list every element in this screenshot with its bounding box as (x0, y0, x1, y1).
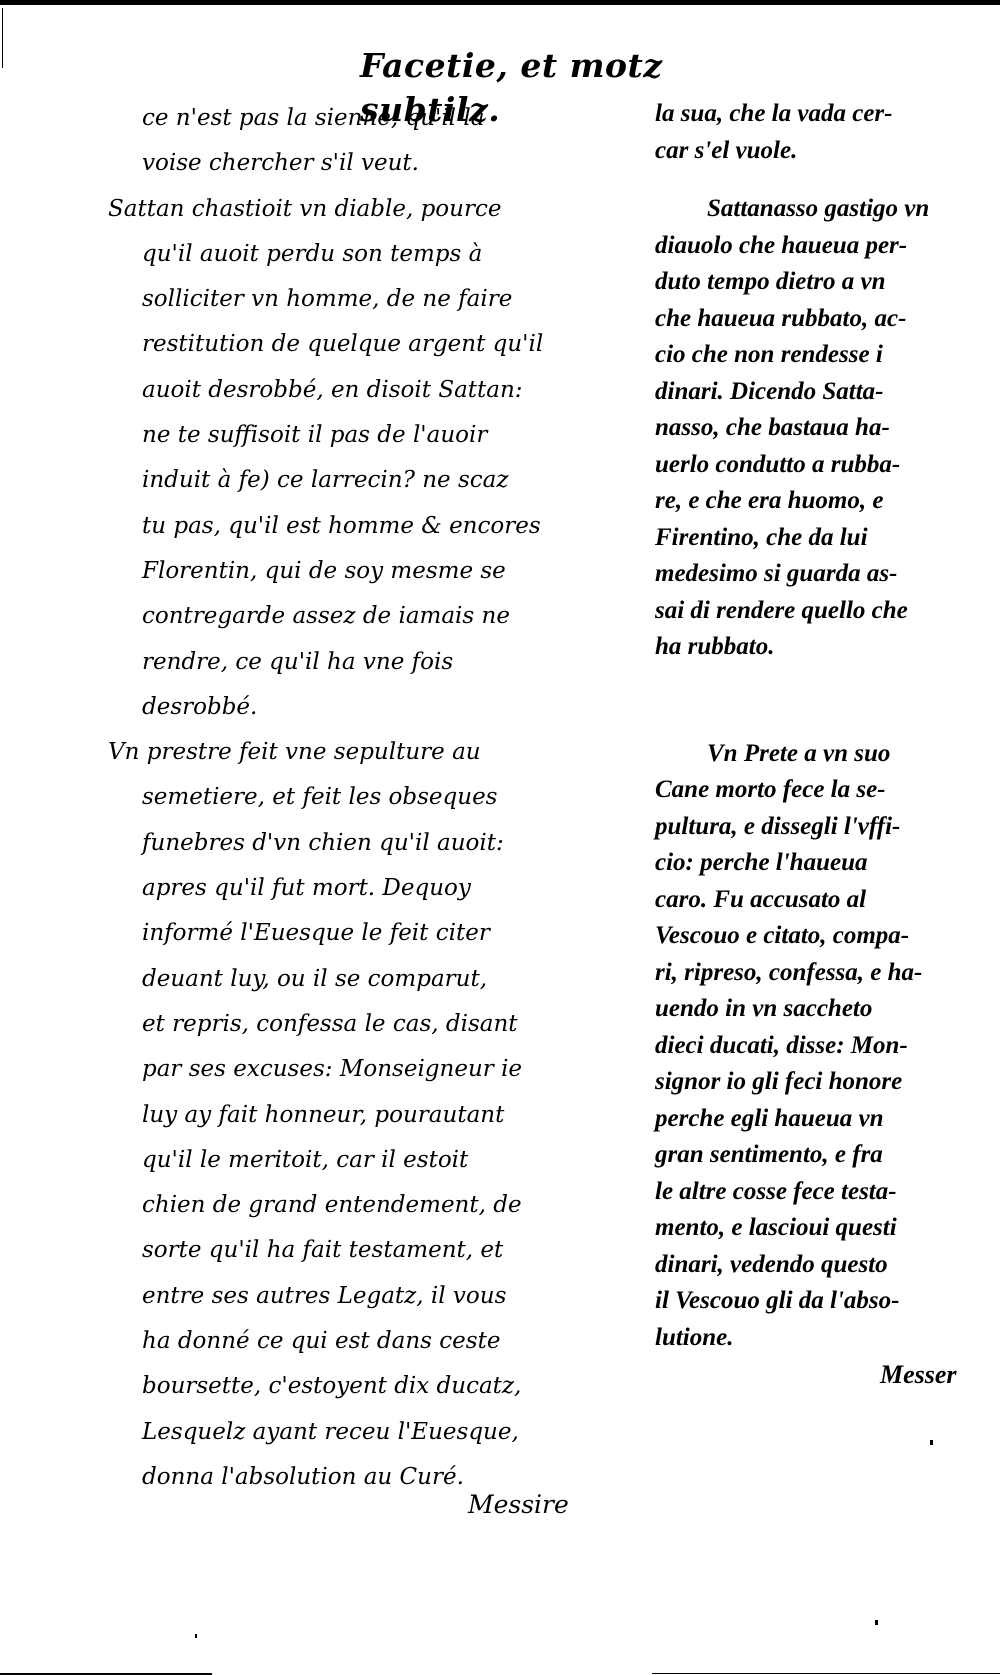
text-line: medesimo si guarda as- (655, 556, 955, 593)
text-line: semetiere, et feit les obseques (108, 775, 628, 820)
text-line: il Vescouo gli da l'abso- (655, 1283, 955, 1320)
ink-speck (930, 1440, 933, 1445)
italian-catchword: Messer (880, 1360, 957, 1390)
text-line: ce n'est pas la sienne, qu'il la (108, 96, 628, 141)
text-line: Vn Prete a vn suo (655, 736, 955, 773)
text-line: et repris, confessa le cas, disant (108, 1002, 628, 1047)
text-line: duto tempo dietro a vn (655, 264, 955, 301)
text-line: le altre cosse fece testa- (655, 1174, 955, 1211)
text-line: entre ses autres Legatz, il vous (108, 1274, 628, 1319)
ink-speck (195, 1634, 197, 1638)
text-line: che haueua rubbato, ac- (655, 301, 955, 338)
french-column: ce n'est pas la sienne, qu'il la voise c… (108, 96, 628, 1500)
text-line: apres qu'il fut mort. Dequoy (108, 866, 628, 911)
text-line: pultura, e dissegli l'vffi- (655, 809, 955, 846)
text-line: mento, e lascioui questi (655, 1210, 955, 1247)
text-line: Sattan chastioit vn diable, pource (108, 187, 628, 232)
text-line: desrobbé. (108, 685, 628, 730)
text-line: tu pas, qu'il est homme & encores (108, 504, 628, 549)
left-page-edge-mark (2, 8, 3, 68)
text-line: par ses excuses: Monseigneur ie (108, 1047, 628, 1092)
text-line: cio: perche l'haueua (655, 845, 955, 882)
text-line: uerlo condutto a rubba- (655, 447, 955, 484)
text-line: la sua, che la vada cer- (655, 96, 955, 133)
bottom-page-edge-rule-right (652, 1673, 1000, 1674)
text-line: nasso, che bastaua ha- (655, 410, 955, 447)
text-line: induit à fe) ce larrecin? ne scaz (108, 458, 628, 503)
text-line: dinari. Dicendo Satta- (655, 374, 955, 411)
text-line: car s'el vuole. (655, 133, 955, 170)
french-paragraph-continuation: ce n'est pas la sienne, qu'il la voise c… (108, 96, 628, 187)
text-line: cio che non rendesse i (655, 337, 955, 374)
text-line: auoit desrobbé, en disoit Sattan: (108, 368, 628, 413)
text-line: qu'il le meritoit, car il estoit (108, 1138, 628, 1183)
text-line: voise chercher s'il veut. (108, 141, 628, 186)
text-line: ne te suffisoit il pas de l'auoir (108, 413, 628, 458)
text-line: ha rubbato. (655, 629, 955, 666)
text-line: chien de grand entendement, de (108, 1183, 628, 1228)
italian-column: la sua, che la vada cer- car s'el vuole.… (655, 96, 955, 1356)
text-line: re, e che era huomo, e (655, 483, 955, 520)
text-line: sai di rendere quello che (655, 593, 955, 630)
text-line: deuant luy, ou il se comparut, (108, 957, 628, 1002)
ink-speck (875, 1620, 878, 1625)
italian-paragraph-continuation: la sua, che la vada cer- car s'el vuole. (655, 96, 955, 169)
text-line: Lesquelz ayant receu l'Euesque, (108, 1410, 628, 1455)
text-line: solliciter vn homme, de ne faire (108, 277, 628, 322)
paragraph-spacer (655, 169, 955, 191)
text-line: contregarde assez de iamais ne (108, 594, 628, 639)
text-line: Florentin, qui de soy mesme se (108, 549, 628, 594)
top-page-edge-rule (0, 0, 1000, 5)
text-line: dieci ducati, disse: Mon- (655, 1028, 955, 1065)
text-line: Firentino, che da lui (655, 520, 955, 557)
text-line: signor io gli feci honore (655, 1064, 955, 1101)
french-paragraph-prestre: Vn prestre feit vne sepulture au semetie… (108, 730, 628, 1500)
french-paragraph-sattan: Sattan chastioit vn diable, pource qu'il… (108, 187, 628, 731)
text-line: ha donné ce qui est dans ceste (108, 1319, 628, 1364)
italian-paragraph-prete: Vn Prete a vn suo Cane morto fece la se-… (655, 736, 955, 1357)
text-line: funebres d'vn chien qu'il auoit: (108, 821, 628, 866)
french-catchword: Messire (468, 1490, 569, 1519)
text-line: caro. Fu accusato al (655, 882, 955, 919)
text-line: uendo in vn saccheto (655, 991, 955, 1028)
text-line: qu'il auoit perdu son temps à (108, 232, 628, 277)
text-line: gran sentimento, e fra (655, 1137, 955, 1174)
text-line: Cane morto fece la se- (655, 772, 955, 809)
text-line: lutione. (655, 1320, 955, 1357)
text-line: boursette, c'estoyent dix ducatz, (108, 1364, 628, 1409)
text-line: dinari, vedendo questo (655, 1247, 955, 1284)
text-line: ri, ripreso, confessa, e ha- (655, 955, 955, 992)
text-line: rendre, ce qu'il ha vne fois (108, 640, 628, 685)
text-line: Vn prestre feit vne sepulture au (108, 730, 628, 775)
text-line: Vescouo e citato, compa- (655, 918, 955, 955)
text-line: perche egli haueua vn (655, 1101, 955, 1138)
text-line: Sattanasso gastigo vn (655, 191, 955, 228)
italian-paragraph-sattanasso: Sattanasso gastigo vn diauolo che haueua… (655, 191, 955, 666)
text-line: sorte qu'il ha fait testament, et (108, 1228, 628, 1273)
text-line: restitution de quelque argent qu'il (108, 322, 628, 367)
paragraph-spacer (655, 666, 955, 736)
text-line: informé l'Euesque le feit citer (108, 911, 628, 956)
text-line: diauolo che haueua per- (655, 228, 955, 265)
text-line: luy ay fait honneur, pourautant (108, 1093, 628, 1138)
